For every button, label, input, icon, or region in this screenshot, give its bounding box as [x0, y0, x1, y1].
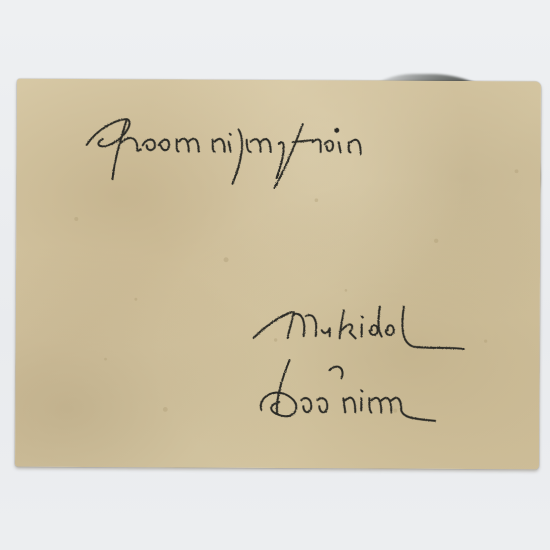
handwriting-line-1	[86, 119, 360, 188]
handwriting-line-3	[261, 360, 436, 421]
paper-note: Chomisenstrom Mukidol Lovnim	[15, 79, 541, 470]
handwriting-strokes	[15, 79, 541, 470]
handwriting-line-2	[254, 306, 464, 349]
paper-speckles	[73, 167, 518, 414]
